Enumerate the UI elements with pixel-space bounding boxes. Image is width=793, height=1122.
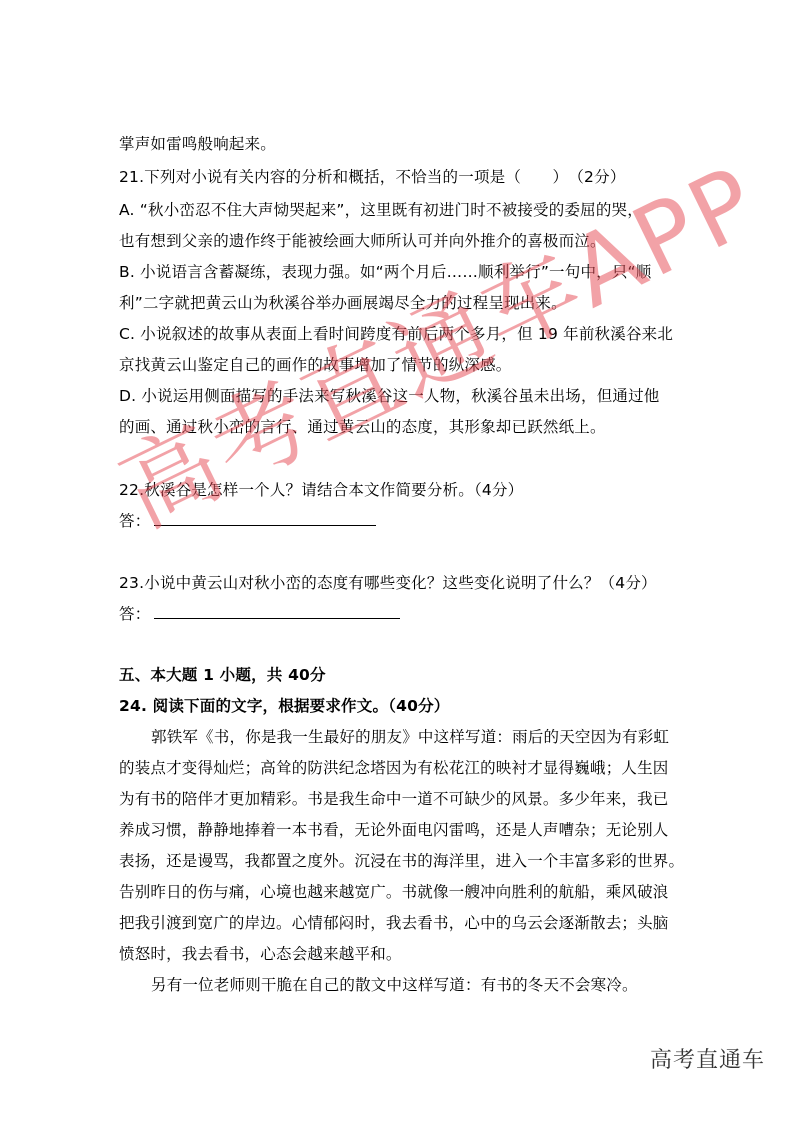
q21-option-c-line2: 京找黄云山鉴定自己的画作的故事增加了情节的纵深感。 xyxy=(119,355,512,375)
q22-answer-label: 答： xyxy=(119,512,150,530)
exam-page: 掌声如雷鸣般响起来。 21.下列对小说有关内容的分析和概括，不恰当的一项是（ ）… xyxy=(0,0,793,1122)
q21-option-a-line2: 也有想到父亲的遗作终于能被绘画大师所认可并向外推介的喜极而泣。 xyxy=(119,231,606,251)
essay-paragraph1-line3: 为有书的陪伴才更加精彩。书是我生命中一道不可缺少的风景。多少年来，我已 xyxy=(119,789,669,809)
q21-option-b-line1: B. 小说语言含蓄凝练，表现力强。如“两个月后……顺利举行”一句中，只“顺 xyxy=(119,262,651,282)
essay-paragraph1-line4: 养成习惯，静静地捧着一本书看，无论外面电闪雷鸣，还是人声嘈杂；无论别人 xyxy=(119,820,669,840)
q24-stem: 24. 阅读下面的文字，根据要求作文。（40分） xyxy=(119,696,449,716)
q21-option-b-line2: 利”二字就把黄云山为秋溪谷举办画展竭尽全力的过程呈现出来。 xyxy=(119,293,567,313)
q23-answer-row: 答： xyxy=(119,604,400,624)
q23-answer-blank[interactable] xyxy=(154,604,400,619)
q21-option-d-line1: D. 小说运用侧面描写的手法来写秋溪谷这一人物，秋溪谷虽未出场，但通过他 xyxy=(119,386,660,406)
essay-paragraph1-line6: 告别昨日的伤与痛，心境也越来越宽广。书就像一艘冲向胜利的航船，乘风破浪 xyxy=(119,882,669,902)
section5-heading: 五、本大题 1 小题，共 40分 xyxy=(119,665,326,685)
q23-answer-label: 答： xyxy=(119,605,150,623)
q21-option-d-line2: 的画、通过秋小峦的言行、通过黄云山的态度，其形象却已跃然纸上。 xyxy=(119,417,606,437)
essay-paragraph2: 另有一位老师则干脆在自己的散文中这样写道：有书的冬天不会寒冷。 xyxy=(151,975,638,995)
q21-option-a-line1: A. “秋小峦忍不住大声恸哭起来”，这里既有初进门时不被接受的委屈的哭， xyxy=(119,200,643,220)
essay-paragraph1-line1: 郭铁军《书，你是我一生最好的朋友》中这样写道：雨后的天空因为有彩虹 xyxy=(151,727,669,747)
essay-paragraph1-line5: 表扬，还是谩骂，我都置之度外。沉浸在书的海洋里，进入一个丰富多彩的世界。 xyxy=(119,851,684,871)
footer-logo: 高考直通车 xyxy=(650,1043,765,1074)
q22-answer-row: 答： xyxy=(119,511,376,531)
q21-stem: 21.下列对小说有关内容的分析和概括，不恰当的一项是（ ） （2分） xyxy=(119,167,626,187)
essay-paragraph1-line7: 把我引渡到宽广的岸边。心情郁闷时，我去看书，心中的乌云会逐渐散去；头脑 xyxy=(119,913,669,933)
q22-answer-blank[interactable] xyxy=(154,511,376,526)
essay-paragraph1-line8: 愤怒时，我去看书，心态会越来越平和。 xyxy=(119,944,402,964)
q22-stem: 22.秋溪谷是怎样一个人？请结合本文作简要分析。（4分） xyxy=(119,480,523,500)
q21-option-c-line1: C. 小说叙述的故事从表面上看时间跨度有前后两个多月，但 19 年前秋溪谷来北 xyxy=(119,324,673,344)
continuation-text: 掌声如雷鸣般响起来。 xyxy=(119,134,276,154)
essay-paragraph1-line2: 的装点才变得灿烂；高耸的防洪纪念塔因为有松花江的映衬才显得巍峨；人生因 xyxy=(119,758,669,778)
q23-stem: 23.小说中黄云山对秋小峦的态度有哪些变化？这些变化说明了什么？（4分） xyxy=(119,573,657,593)
